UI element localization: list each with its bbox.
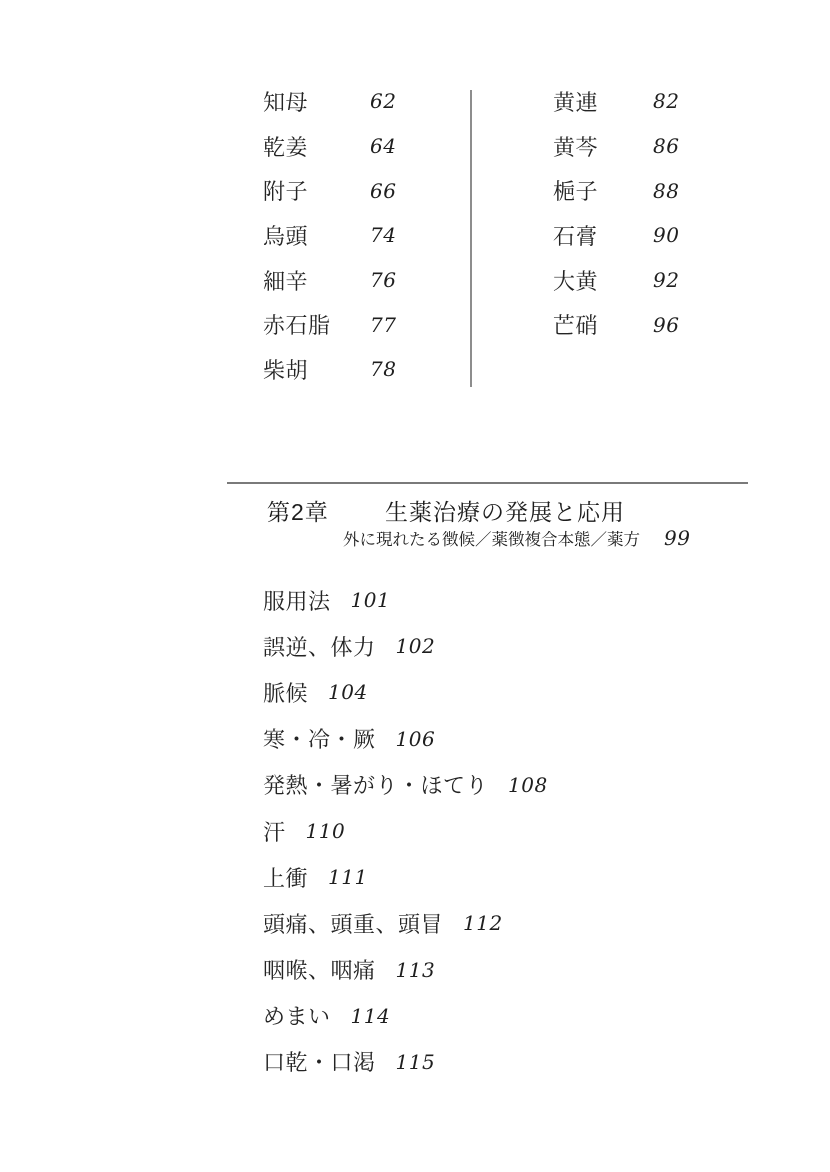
toc-page: 知母 62 乾姜 64 附子 66 烏頭 74 細辛 76 赤石脂 77 柴胡 …	[0, 0, 830, 1172]
symptom-name: めまい	[263, 1000, 331, 1031]
symptom-page-number: 101	[351, 588, 391, 612]
chapter-subtitle-line: 外に現れたる徴候／薬徴複合本態／薬方 99	[267, 528, 690, 549]
symptom-page-number: 112	[463, 911, 503, 935]
symptom-page-number: 104	[328, 680, 368, 704]
herb-name: 芒硝	[553, 309, 653, 340]
symptom-entry: めまい 114	[263, 993, 548, 1039]
symptom-name: 汗	[263, 816, 286, 847]
symptom-name: 口乾・口渇	[263, 1046, 376, 1077]
symptom-page-number: 115	[396, 1050, 436, 1074]
herb-entry: 大黄 92	[553, 258, 679, 303]
herb-page-number: 90	[653, 223, 679, 247]
herb-entry: 柴胡 78	[263, 347, 396, 392]
symptom-page-number: 111	[328, 865, 368, 889]
symptom-name: 咽喉、咽痛	[263, 954, 376, 985]
herb-page-number: 77	[370, 313, 396, 337]
herb-page-number: 78	[370, 357, 396, 381]
symptom-page-number: 110	[306, 819, 346, 843]
symptom-name: 服用法	[263, 585, 331, 616]
herb-page-number: 92	[653, 268, 679, 292]
herb-name: 柴胡	[263, 354, 370, 385]
herb-name: 附子	[263, 175, 370, 206]
symptom-page-number: 114	[351, 1004, 391, 1028]
chapter-number: 第2章	[267, 499, 329, 525]
herb-name: 乾姜	[263, 131, 370, 162]
herb-name: 黄連	[553, 86, 653, 117]
symptom-entry: 脈候 104	[263, 669, 548, 715]
symptom-entry: 上衝 111	[263, 854, 548, 900]
herb-entry: 附子 66	[263, 168, 396, 213]
chapter-subtitle: 外に現れたる徴候／薬徴複合本態／薬方	[343, 530, 640, 551]
herb-entry: 赤石脂 77	[263, 302, 396, 347]
symptom-list: 服用法 101 誤逆、体力 102 脈候 104 寒・冷・厥 106 発熱・暑が…	[263, 577, 548, 1085]
herb-name: 烏頭	[263, 220, 370, 251]
herb-entry: 芒硝 96	[553, 302, 679, 347]
herb-name: 赤石脂	[263, 309, 370, 340]
symptom-name: 上衝	[263, 862, 308, 893]
herb-entry: 黄芩 86	[553, 124, 679, 169]
symptom-entry: 寒・冷・厥 106	[263, 716, 548, 762]
herb-entry: 細辛 76	[263, 258, 396, 303]
symptom-page-number: 108	[508, 773, 548, 797]
symptom-name: 頭痛、頭重、頭冒	[263, 908, 443, 939]
herb-name: 梔子	[553, 175, 653, 206]
symptom-entry: 服用法 101	[263, 577, 548, 623]
herb-entry: 知母 62	[263, 79, 396, 124]
herb-page-number: 64	[370, 134, 396, 158]
herb-entry: 梔子 88	[553, 168, 679, 213]
chapter-page-number: 99	[664, 528, 690, 549]
chapter-title-line: 第2章 生薬治療の発展と応用	[267, 497, 690, 528]
symptom-name: 誤逆、体力	[263, 631, 376, 662]
herb-name: 知母	[263, 86, 370, 117]
herb-page-number: 76	[370, 268, 396, 292]
symptom-name: 発熱・暑がり・ほてり	[263, 769, 488, 800]
herb-page-number: 88	[653, 179, 679, 203]
symptom-page-number: 113	[396, 958, 436, 982]
herb-name: 大黄	[553, 265, 653, 296]
herb-index-left-column: 知母 62 乾姜 64 附子 66 烏頭 74 細辛 76 赤石脂 77 柴胡 …	[263, 79, 396, 392]
symptom-name: 脈候	[263, 677, 308, 708]
column-divider-line	[470, 90, 472, 387]
symptom-entry: 咽喉、咽痛 113	[263, 947, 548, 993]
chapter-heading: 第2章 生薬治療の発展と応用 外に現れたる徴候／薬徴複合本態／薬方 99	[267, 497, 690, 549]
symptom-entry: 汗 110	[263, 808, 548, 854]
herb-page-number: 74	[370, 223, 396, 247]
symptom-entry: 口乾・口渇 115	[263, 1039, 548, 1085]
chapter-title: 生薬治療の発展と応用	[385, 497, 625, 528]
herb-page-number: 86	[653, 134, 679, 158]
herb-entry: 乾姜 64	[263, 124, 396, 169]
herb-page-number: 96	[653, 313, 679, 337]
herb-entry: 烏頭 74	[263, 213, 396, 258]
herb-name: 石膏	[553, 220, 653, 251]
herb-page-number: 82	[653, 89, 679, 113]
chapter-top-rule	[227, 482, 748, 484]
symptom-page-number: 106	[396, 727, 436, 751]
herb-entry: 石膏 90	[553, 213, 679, 258]
herb-entry: 黄連 82	[553, 79, 679, 124]
herb-name: 黄芩	[553, 131, 653, 162]
symptom-name: 寒・冷・厥	[263, 723, 376, 754]
symptom-entry: 頭痛、頭重、頭冒 112	[263, 900, 548, 946]
symptom-entry: 発熱・暑がり・ほてり 108	[263, 762, 548, 808]
herb-name: 細辛	[263, 265, 370, 296]
herb-page-number: 62	[370, 89, 396, 113]
herb-index-right-column: 黄連 82 黄芩 86 梔子 88 石膏 90 大黄 92 芒硝 96	[553, 79, 679, 347]
symptom-entry: 誤逆、体力 102	[263, 623, 548, 669]
symptom-page-number: 102	[396, 634, 436, 658]
herb-page-number: 66	[370, 179, 396, 203]
